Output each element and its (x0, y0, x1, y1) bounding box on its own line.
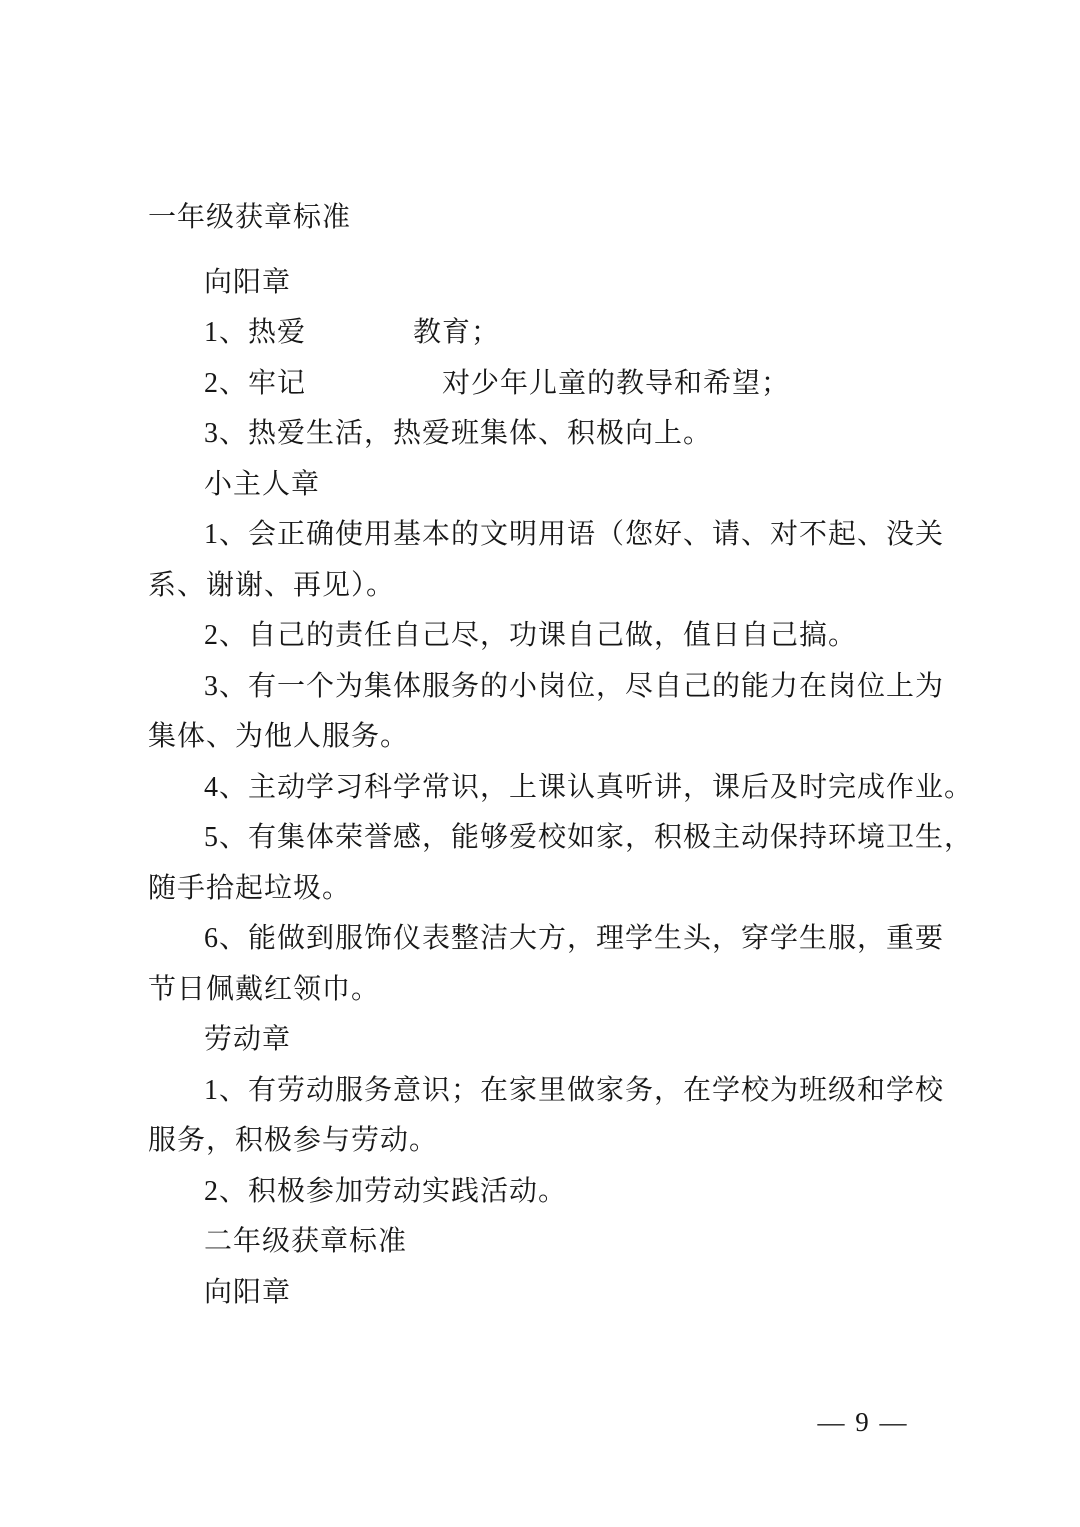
text-segment: 集体、为他人服务。 (148, 721, 409, 752)
text-segment: 教育； (413, 317, 500, 348)
text-line: 一年级获章标准 (148, 193, 1038, 244)
redacted-blank (306, 391, 442, 392)
text-segment: 6、能做到服饰仪表整洁大方，理学生头，穿学生服，重要 (204, 923, 944, 954)
text-line: 2、积极参加劳动实践活动。 (148, 1167, 1038, 1218)
text-line: 1、会正确使用基本的文明用语（您好、请、对不起、没关 (148, 510, 1038, 561)
text-line: 小主人章 (148, 460, 1038, 511)
text-segment: 1、会正确使用基本的文明用语（您好、请、对不起、没关 (204, 519, 944, 550)
text-line: 向阳章 (148, 1268, 1038, 1319)
text-segment: 节日佩戴红领巾。 (148, 974, 380, 1005)
text-line: 集体、为他人服务。 (148, 712, 1038, 763)
text-segment: 系、谢谢、再见）。 (148, 570, 395, 601)
text-segment: 1、有劳动服务意识；在家里做家务，在学校为班级和学校 (204, 1075, 944, 1106)
text-line: 服务，积极参与劳动。 (148, 1116, 1038, 1167)
text-line: 3、有一个为集体服务的小岗位，尽自己的能力在岗位上为 (148, 662, 1038, 713)
text-line: 劳动章 (148, 1015, 1038, 1066)
text-segment: 劳动章 (204, 1024, 291, 1055)
text-segment: 向阳章 (204, 1277, 291, 1308)
text-segment: 5、有集体荣誉感，能够爱校如家，积极主动保持环境卫生， (204, 822, 973, 853)
text-segment: 3、有一个为集体服务的小岗位，尽自己的能力在岗位上为 (204, 671, 944, 702)
text-segment: 2、自己的责任自己尽，功课自己做，值日自己搞。 (204, 620, 857, 651)
text-line: 系、谢谢、再见）。 (148, 561, 1038, 612)
text-line: 1、有劳动服务意识；在家里做家务，在学校为班级和学校 (148, 1066, 1038, 1117)
text-line: 3、热爱生活，热爱班集体、积极向上。 (148, 409, 1038, 460)
text-segment: 服务，积极参与劳动。 (148, 1125, 438, 1156)
text-segment: 一年级获章标准 (148, 202, 351, 233)
text-segment: 1、热爱 (204, 317, 306, 348)
text-line: 节日佩戴红领巾。 (148, 965, 1038, 1016)
document-page: 一年级获章标准向阳章1、热爱教育；2、牢记对少年儿童的教导和希望；3、热爱生活，… (0, 0, 1080, 1527)
text-segment: 3、热爱生活，热爱班集体、积极向上。 (204, 418, 712, 449)
text-line: 6、能做到服饰仪表整洁大方，理学生头，穿学生服，重要 (148, 914, 1038, 965)
text-line: 向阳章 (148, 258, 1038, 309)
text-segment: 随手拾起垃圾。 (148, 873, 351, 904)
text-line: 4、主动学习科学常识，上课认真听讲，课后及时完成作业。 (148, 763, 1038, 814)
text-line: 随手拾起垃圾。 (148, 864, 1038, 915)
text-segment: 2、牢记 (204, 368, 306, 399)
redacted-blank (306, 340, 413, 341)
text-segment: 小主人章 (204, 469, 320, 500)
text-line: 2、牢记对少年儿童的教导和希望； (148, 359, 1038, 410)
text-segment: 向阳章 (204, 267, 291, 298)
text-segment: 对少年儿童的教导和希望； (442, 368, 790, 399)
text-line: 二年级获章标准 (148, 1217, 1038, 1268)
text-segment: 2、积极参加劳动实践活动。 (204, 1176, 567, 1207)
text-segment: 二年级获章标准 (204, 1226, 407, 1257)
text-line: 1、热爱教育； (148, 308, 1038, 359)
text-segment: 4、主动学习科学常识，上课认真听讲，课后及时完成作业。 (204, 772, 973, 803)
text-line: 2、自己的责任自己尽，功课自己做，值日自己搞。 (148, 611, 1038, 662)
text-line: 5、有集体荣誉感，能够爱校如家，积极主动保持环境卫生， (148, 813, 1038, 864)
document-lines: 一年级获章标准向阳章1、热爱教育；2、牢记对少年儿童的教导和希望；3、热爱生活，… (148, 193, 1038, 1318)
page-number: — 9 — (788, 1402, 938, 1442)
